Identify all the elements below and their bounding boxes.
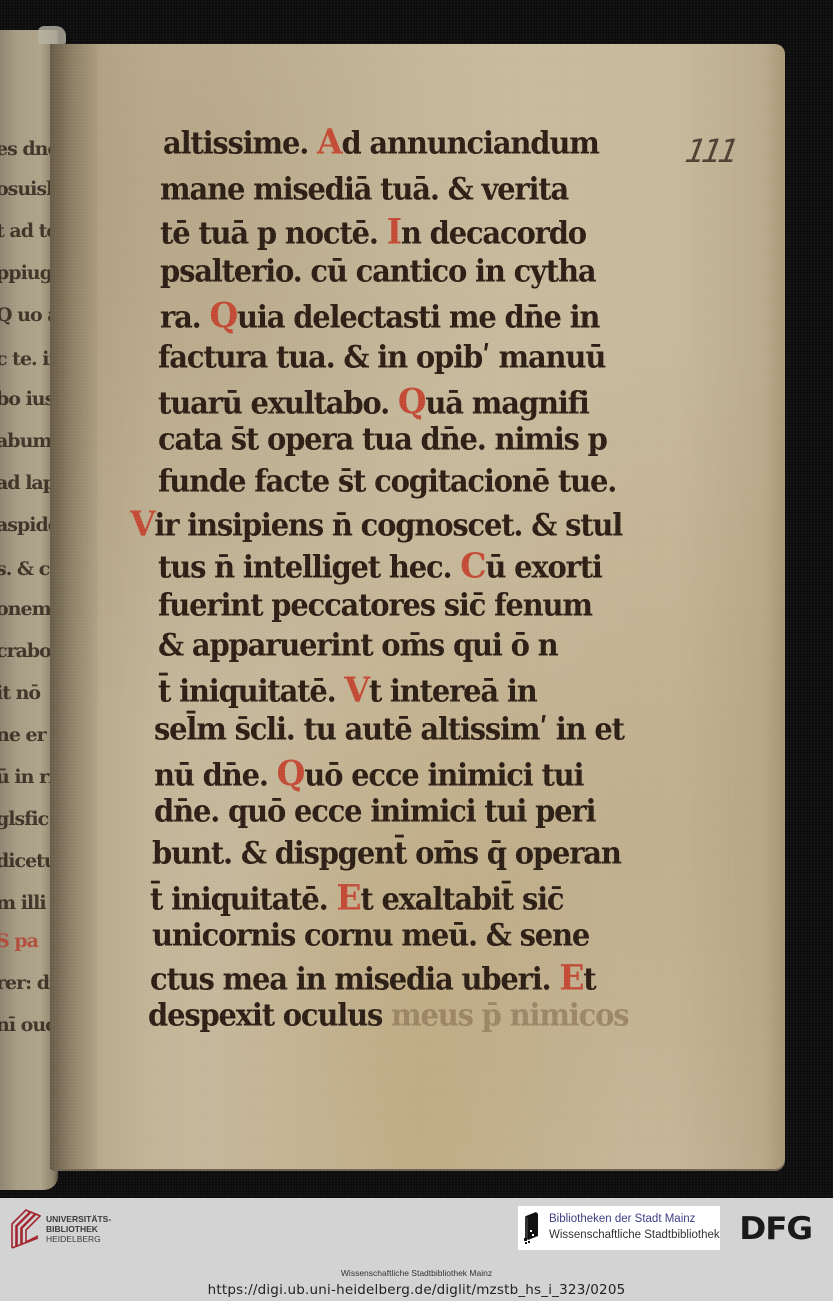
manuscript-text-line: tuarū exultabo. Quā magnifi	[158, 381, 589, 422]
rubricated-initial: Q	[398, 381, 426, 422]
text-segment: t exaltabit̄ sic̄	[360, 881, 563, 917]
text-segment: tus n̄ intelliget hec.	[158, 549, 460, 585]
text-segment: factura tua. & in opibʹ manuū	[158, 339, 605, 375]
mainz-logo-line-2: Wissenschaftliche Stadtbibliothek	[549, 1229, 720, 1241]
text-segment: uia delectasti me dn̄e in	[237, 299, 599, 335]
text-segment: t̄ iniquitatē.	[158, 673, 344, 709]
left-page-text-line: t ad te	[0, 220, 57, 242]
text-segment: funde facte s̄t cogitacionē tue.	[158, 463, 616, 499]
left-page-text-line: glsfic	[0, 808, 48, 830]
text-segment: mane misediā tuā. & verita	[160, 171, 568, 207]
left-page-text-line: ad lap	[0, 472, 55, 494]
manuscript-text-line: t̄ iniquitatē. Vt intereā in	[158, 669, 537, 710]
text-segment: uā magnifi	[425, 385, 588, 421]
manuscript-folio: 111 altissime. Ad annunciandummane mised…	[50, 44, 785, 1169]
ub-line-2: BIBLIOTHEK	[46, 1224, 111, 1234]
mainz-library-logo[interactable]: Bibliotheken der Stadt Mainz Wissenschaf…	[518, 1206, 720, 1250]
text-segment: tuarū exultabo.	[158, 385, 398, 421]
rubricated-initial: V	[130, 503, 154, 544]
ub-line-1: UNIVERSITÄTS-	[46, 1214, 111, 1224]
ub-logo-text: UNIVERSITÄTS- BIBLIOTHEK HEIDELBERG	[46, 1214, 111, 1244]
text-segment: psalterio. cū cantico in cytha	[160, 253, 595, 289]
text-segment: despexit oculus	[148, 997, 391, 1033]
text-segment: ir insipiens n̄ cognoscet. & stul	[154, 507, 622, 543]
text-segment: t	[583, 961, 595, 997]
manuscript-text-line: sel̄m s̄cli. tu autē altissimʹ in et	[154, 711, 624, 747]
dfg-logo[interactable]: DFG	[739, 1211, 812, 1247]
left-page-text-line: ppiug	[0, 262, 52, 284]
manuscript-scan: es dncosuishrt ad teppiugQ uo ac te. inb…	[0, 0, 833, 1198]
manuscript-text-line: fuerint peccatores sic̄ fenum	[158, 587, 592, 623]
manuscript-text-line: ctus mea in misedia uberi. Et	[150, 957, 596, 998]
text-segment: n decacordo	[401, 215, 586, 251]
page-tab	[38, 26, 66, 44]
left-page-text-line: it nō	[0, 682, 40, 704]
folio-number: 111	[683, 132, 739, 170]
text-segment: tē tuā p noctē.	[160, 215, 387, 251]
text-segment: t̄ iniquitatē.	[150, 881, 336, 917]
manuscript-text-line: & apparuerint om̄s qui ō n	[158, 627, 558, 663]
text-segment: unicornis cornu meū. & sene	[152, 917, 589, 953]
faded-text: meus p̄ nimicos	[391, 997, 628, 1033]
ub-book-icon	[8, 1206, 44, 1250]
left-page-text-line: m illi	[0, 892, 46, 914]
left-page-text-line: nī ouo	[0, 1014, 57, 1036]
manuscript-text-line: tus n̄ intelliget hec. Cū exorti	[158, 545, 602, 586]
rubricated-initial: Q	[209, 295, 237, 336]
text-segment: d annunciandum	[341, 125, 598, 161]
book-pixel-icon	[522, 1210, 542, 1246]
rubricated-initial: E	[336, 877, 360, 918]
left-page-text-line: onem.	[0, 598, 56, 620]
manuscript-text-line: altissime. Ad annunciandum	[163, 121, 599, 162]
text-segment: t intereā in	[369, 673, 537, 709]
manuscript-text-line: bunt. & dispgent̄ om̄s q̄ operan	[152, 835, 621, 871]
manuscript-text-line: despexit oculus meus p̄ nimicos	[148, 997, 628, 1033]
text-segment: altissime.	[163, 125, 317, 161]
mainz-logo-line-1: Bibliotheken der Stadt Mainz	[549, 1213, 695, 1225]
manuscript-text-line: cata s̄t opera tua dn̄e. nimis p	[158, 421, 607, 457]
manuscript-text-line: psalterio. cū cantico in cytha	[160, 253, 595, 289]
text-segment: fuerint peccatores sic̄ fenum	[158, 587, 592, 623]
text-segment: ra.	[160, 299, 209, 335]
text-segment: nū dn̄e.	[154, 757, 277, 793]
manuscript-text-line: nū dn̄e. Quō ecce inimici tui	[154, 753, 583, 794]
left-page-text-line: abum	[0, 430, 52, 452]
left-page-text-line: bo ius	[0, 388, 54, 410]
manuscript-text-line: tē tuā p noctē. In decacordo	[160, 211, 586, 252]
text-segment: dn̄e. quō ecce inimici tui peri	[154, 793, 595, 829]
text-segment: ū exorti	[485, 549, 601, 585]
manuscript-text-line: dn̄e. quō ecce inimici tui peri	[154, 793, 595, 829]
text-segment: sel̄m s̄cli. tu autē altissimʹ in et	[154, 711, 624, 747]
manuscript-text-line: t̄ iniquitatē. Et exaltabit̄ sic̄	[150, 877, 563, 918]
rubricated-initial: C	[460, 545, 485, 586]
manuscript-text-line: ra. Quia delectasti me dn̄e in	[160, 295, 599, 336]
footer-bar: UNIVERSITÄTS- BIBLIOTHEK HEIDELBERG Bibl…	[0, 1198, 833, 1301]
permalink-url[interactable]: https://digi.ub.uni-heidelberg.de/diglit…	[0, 1282, 833, 1298]
text-segment: bunt. & dispgent̄ om̄s q̄ operan	[152, 835, 621, 871]
manuscript-text-line: factura tua. & in opibʹ manuū	[158, 339, 605, 375]
rubricated-initial: A	[317, 121, 341, 162]
left-page-text-line: S pa	[0, 930, 38, 952]
manuscript-text-line: funde facte s̄t cogitacionē tue.	[158, 463, 616, 499]
ub-line-3: HEIDELBERG	[46, 1234, 111, 1244]
text-segment: uō ecce inimici tui	[304, 757, 583, 793]
rubricated-initial: V	[344, 669, 368, 710]
text-segment: & apparuerint om̄s qui ō n	[158, 627, 558, 663]
manuscript-text-line: mane misediā tuā. & verita	[160, 171, 568, 207]
rubricated-initial: I	[387, 211, 401, 252]
rubricated-initial: Q	[277, 753, 305, 794]
page-gutter-shadow	[50, 44, 98, 1169]
holding-institution: Wissenschaftliche Stadtbibliothek Mainz	[0, 1268, 833, 1278]
manuscript-text-line: Vir insipiens n̄ cognoscet. & stul	[130, 503, 622, 544]
text-segment: cata s̄t opera tua dn̄e. nimis p	[158, 421, 607, 457]
text-segment: ctus mea in misedia uberi.	[150, 961, 559, 997]
rubricated-initial: E	[559, 957, 583, 998]
manuscript-text-line: unicornis cornu meū. & sene	[152, 917, 589, 953]
left-page-text-line: ne er	[0, 724, 46, 746]
